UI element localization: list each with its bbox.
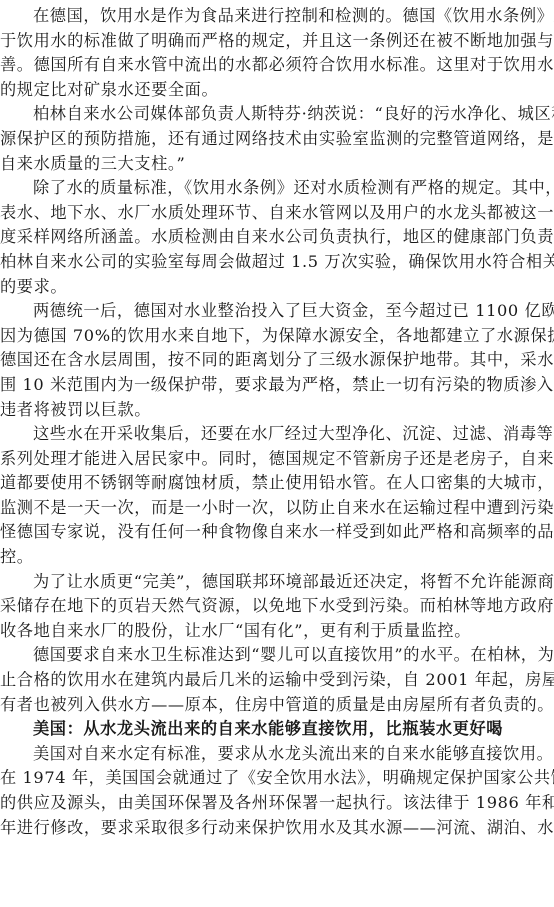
text-line: 收各地自来水厂的股份，让水厂“国有化”，更有利于质量监控。 [0,619,554,644]
text-line: 的供应及源头，由美国环保署及各州环保署一起执行。该法律于 1986 年和 199… [0,791,554,816]
text-line: 柏林自来水公司媒体部负责人斯特芬·纳茨说：“良好的污水净化、城区和水 [0,102,554,127]
paragraph-usa-standard: 美国对自来水定有标准，要求从水龙头流出来的自来水能够直接饮用。早 在 1974 … [0,742,554,840]
text-line: 表水、地下水、水厂水质处理环节、自来水管网以及用户的水龙头都被这一高密 [0,201,554,226]
text-line: 除了水的质量标准，《饮用水条例》还对水质检测有严格的规定。其中，地 [0,176,554,201]
text-line: 德国还在含水层周围，按不同的距离划分了三级水源保护地带。其中，采水点周 [0,348,554,373]
text-line: 止合格的饮用水在建筑内最后几米的运输中受到污染，自 2001 年起，房屋的所 [0,668,554,693]
paragraph-infant-standard: 德国要求自来水卫生标准达到“婴儿可以直接饮用”的水平。在柏林，为防 止合格的饮用… [0,643,554,717]
text-line: 系列处理才能进入居民家中。同时，德国规定不管新房子还是老房子，自来水管 [0,447,554,472]
text-line: 德国要求自来水卫生标准达到“婴儿可以直接饮用”的水平。在柏林，为防 [0,643,554,668]
text-line: 源保护区的预防措施，还有通过网络技术由实验室监测的完整管道网络，是保证 [0,127,554,152]
text-line: 于饮用水的标准做了明确而严格的规定，并且这一条例还在被不断地加强与完 [0,29,554,54]
text-line: 有者也被列入供水方——原本，住房中管道的质量是由房屋所有者负责的。 [0,693,554,718]
text-line: 柏林自来水公司的实验室每周会做超过 1.5 万次实验，确保饮用水符合相关规定 [0,250,554,275]
text-line: 因为德国 70%的饮用水来自地下，为保障水源安全，各地都建立了水源保护区。 [0,324,554,349]
text-line: 这些水在开采收集后，还要在水厂经过大型净化、沉淀、过滤、消毒等一 [0,422,554,447]
text-line: 监测不是一天一次，而是一小时一次，以防止自来水在运输过程中遭到污染。难 [0,496,554,521]
paragraph-shale-gas: 为了让水质更“完美”，德国联邦环境部最近还决定，将暂不允许能源商开 采储存在地下… [0,570,554,644]
section-heading-usa: 美国：从水龙头流出来的自来水能够直接饮用，比瓶装水更好喝 [0,717,554,742]
text-line: 善。德国所有自来水管中流出的水都必须符合饮用水标准。这里对于饮用水标准 [0,53,554,78]
paragraph-investment: 两德统一后，德国对水业整治投入了巨大资金，至今超过已 1100 亿欧元。 因为德… [0,299,554,422]
text-line: 控。 [0,545,554,570]
text-line: 采储存在地下的页岩天然气资源，以免地下水受到污染。而柏林等地方政府还回 [0,594,554,619]
paragraph-treatment: 这些水在开采收集后，还要在水厂经过大型净化、沉淀、过滤、消毒等一 系列处理才能进… [0,422,554,570]
text-line: 围 10 米范围内为一级保护带，要求最为严格，禁止一切有污染的物质渗入地下， [0,373,554,398]
paragraph-quality-testing: 除了水的质量标准，《饮用水条例》还对水质检测有严格的规定。其中，地 表水、地下水… [0,176,554,299]
text-line: 的规定比对矿泉水还要全面。 [0,78,554,103]
paragraph-drinking-water-standard: 在德国，饮用水是作为食品来进行控制和检测的。德国《饮用水条例》对 于饮用水的标准… [0,4,554,102]
text-line: 道都要使用不锈钢等耐腐蚀材质，禁止使用铅水管。在人口密集的大城市，水质 [0,471,554,496]
text-line: 违者将被罚以巨款。 [0,398,554,423]
text-line: 自来水质量的三大支柱。” [0,152,554,177]
text-line: 度采样网络所涵盖。水质检测由自来水公司负责执行，地区的健康部门负责监督。 [0,225,554,250]
paragraph-quote: 柏林自来水公司媒体部负责人斯特芬·纳茨说：“良好的污水净化、城区和水 源保护区的… [0,102,554,176]
text-line: 为了让水质更“完美”，德国联邦环境部最近还决定，将暂不允许能源商开 [0,570,554,595]
text-line: 怪德国专家说，没有任何一种食物像自来水一样受到如此严格和高频率的品质管 [0,520,554,545]
text-line: 美国对自来水定有标准，要求从水龙头流出来的自来水能够直接饮用。早 [0,742,554,767]
text-line: 年进行修改，要求采取很多行动来保护饮用水及其水源——河流、湖泊、水库、 [0,816,554,841]
text-line: 在 1974 年，美国国会就通过了《安全饮用水法》，明确规定保护国家公共饮用水 [0,766,554,791]
heading-text: 美国：从水龙头流出来的自来水能够直接饮用，比瓶装水更好喝 [33,717,554,742]
text-line: 两德统一后，德国对水业整治投入了巨大资金，至今超过已 1100 亿欧元。 [0,299,554,324]
document-page: 在德国，饮用水是作为食品来进行控制和检测的。德国《饮用水条例》对 于饮用水的标准… [0,4,554,840]
text-line: 在德国，饮用水是作为食品来进行控制和检测的。德国《饮用水条例》对 [0,4,554,29]
text-line: 的要求。 [0,275,554,300]
